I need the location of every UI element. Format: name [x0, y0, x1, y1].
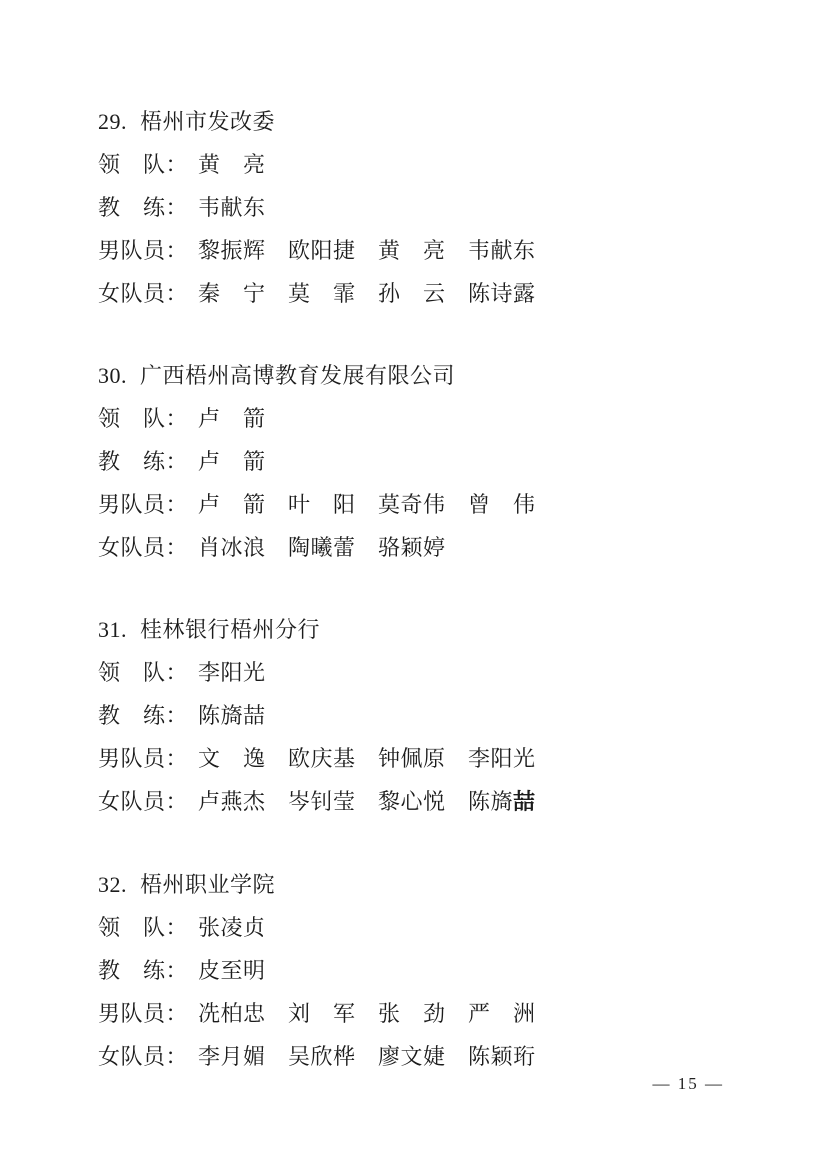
- row-label: 领 队：: [98, 915, 188, 940]
- team-row-coach: 教 练：韦献东: [98, 186, 786, 229]
- team-name: 广西梧州高博教育发展有限公司: [140, 363, 455, 388]
- row-value: 皮至明: [198, 958, 266, 983]
- team-number: 30.: [98, 363, 127, 388]
- row-label: 领 队：: [98, 152, 188, 177]
- row-label: 女队员：: [98, 789, 188, 814]
- team-row-leader: 领 队：张凌贞: [98, 906, 786, 949]
- row-value: 张凌贞: [198, 915, 266, 940]
- row-value: 卢 箭: [198, 449, 266, 474]
- page-number: — 15 —: [653, 1072, 725, 1096]
- team-row-male-members: 男队员：卢 箭 叶 阳 莫奇伟 曾 伟: [98, 483, 786, 526]
- team-name: 梧州市发改委: [140, 109, 275, 134]
- team-name: 梧州职业学院: [140, 872, 275, 897]
- row-value: 韦献东: [198, 195, 266, 220]
- row-value: 秦 宁 莫 霏 孙 云 陈诗露: [198, 281, 536, 306]
- row-value: 陈旖喆: [198, 703, 266, 728]
- team-number: 31.: [98, 617, 127, 642]
- row-value: 冼柏忠 刘 军 张 劲 严 洲: [198, 1001, 536, 1026]
- row-value: 李月媚 吴欣桦 廖文婕 陈颖珩: [198, 1044, 536, 1069]
- row-value: 文 逸 欧庆基 钟佩原 李阳光: [198, 746, 536, 771]
- row-label: 男队员：: [98, 1001, 188, 1026]
- team-section: 30.广西梧州高博教育发展有限公司 领 队：卢 箭 教 练：卢 箭 男队员：卢 …: [98, 354, 786, 569]
- team-row-male-members: 男队员：黎振辉 欧阳捷 黄 亮 韦献东: [98, 229, 786, 272]
- row-label: 教 练：: [98, 703, 188, 728]
- team-title: 31.桂林银行梧州分行: [98, 608, 786, 651]
- row-value: 黎振辉 欧阳捷 黄 亮 韦献东: [198, 238, 536, 263]
- row-label: 女队员：: [98, 1044, 188, 1069]
- team-section: 31.桂林银行梧州分行 领 队：李阳光 教 练：陈旖喆 男队员：文 逸 欧庆基 …: [98, 608, 786, 824]
- row-label: 男队员：: [98, 238, 188, 263]
- team-title: 32.梧州职业学院: [98, 863, 786, 906]
- row-label: 领 队：: [98, 660, 188, 685]
- team-section: 32.梧州职业学院 领 队：张凌贞 教 练：皮至明 男队员：冼柏忠 刘 军 张 …: [98, 863, 786, 1078]
- row-value: 李阳光: [198, 660, 266, 685]
- row-value: 肖冰浪 陶曦蕾 骆颖婷: [198, 535, 446, 560]
- row-label: 女队员：: [98, 535, 188, 560]
- team-row-coach: 教 练：卢 箭: [98, 440, 786, 483]
- team-title: 29.梧州市发改委: [98, 100, 786, 143]
- row-value: 卢燕杰 岑钊莹 黎心悦 陈旖: [198, 789, 513, 814]
- team-row-male-members: 男队员：冼柏忠 刘 军 张 劲 严 洲: [98, 992, 786, 1035]
- row-label: 领 队：: [98, 406, 188, 431]
- team-row-coach: 教 练：陈旖喆: [98, 694, 786, 737]
- team-row-male-members: 男队员：文 逸 欧庆基 钟佩原 李阳光: [98, 737, 786, 780]
- team-row-female-members: 女队员：秦 宁 莫 霏 孙 云 陈诗露: [98, 272, 786, 315]
- team-row-leader: 领 队：李阳光: [98, 651, 786, 694]
- row-label: 教 练：: [98, 449, 188, 474]
- team-row-coach: 教 练：皮至明: [98, 949, 786, 992]
- row-value: 卢 箭: [198, 406, 266, 431]
- row-label: 女队员：: [98, 281, 188, 306]
- row-value: 黄 亮: [198, 152, 266, 177]
- row-label: 男队员：: [98, 746, 188, 771]
- team-section: 29.梧州市发改委 领 队：黄 亮 教 练：韦献东 男队员：黎振辉 欧阳捷 黄 …: [98, 100, 786, 315]
- team-row-leader: 领 队：黄 亮: [98, 143, 786, 186]
- team-number: 32.: [98, 872, 127, 897]
- team-name: 桂林银行梧州分行: [140, 617, 320, 642]
- team-title: 30.广西梧州高博教育发展有限公司: [98, 354, 786, 397]
- team-row-female-members: 女队员：卢燕杰 岑钊莹 黎心悦 陈旖喆: [98, 780, 786, 824]
- document-body: 29.梧州市发改委 领 队：黄 亮 教 练：韦献东 男队员：黎振辉 欧阳捷 黄 …: [98, 100, 786, 1117]
- row-value: 卢 箭 叶 阳 莫奇伟 曾 伟: [198, 492, 536, 517]
- row-label: 教 练：: [98, 958, 188, 983]
- row-label: 教 练：: [98, 195, 188, 220]
- row-label: 男队员：: [98, 492, 188, 517]
- team-number: 29.: [98, 109, 127, 134]
- team-row-female-members: 女队员：肖冰浪 陶曦蕾 骆颖婷: [98, 526, 786, 569]
- row-value-bold-glyph: 喆: [513, 790, 536, 815]
- team-row-leader: 领 队：卢 箭: [98, 397, 786, 440]
